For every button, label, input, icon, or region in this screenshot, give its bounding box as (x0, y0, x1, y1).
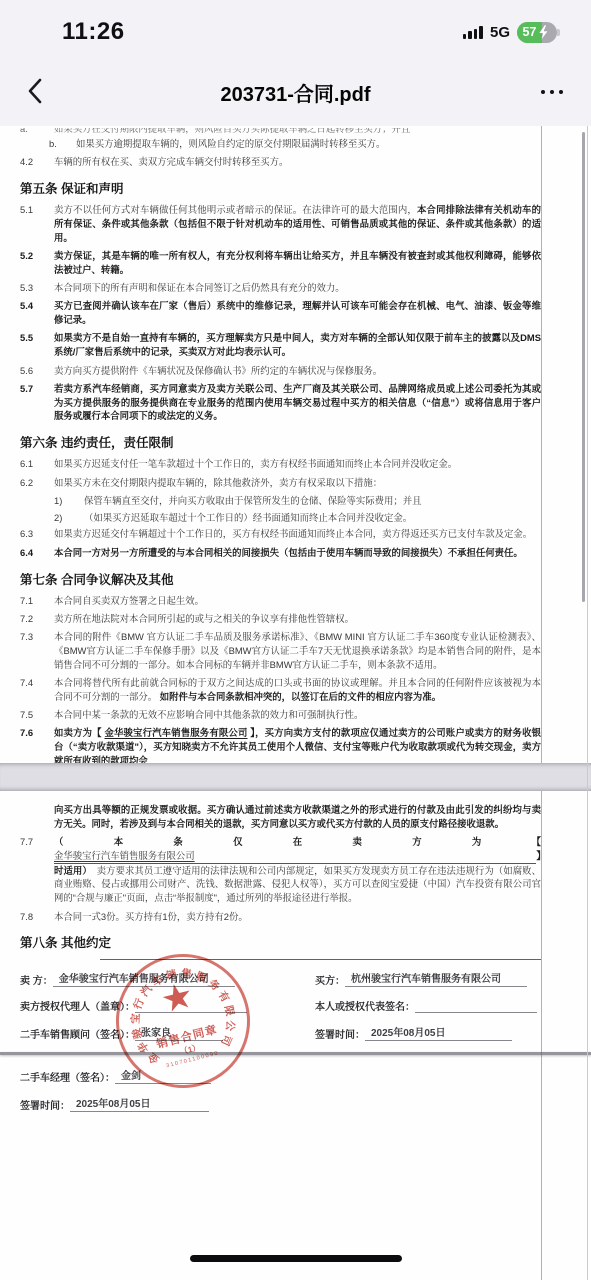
pdf-viewer: a.如果买方在交付期限内提取车辆，则风险自买方实际提取车辆之日起转移至买方；并且… (0, 126, 591, 1280)
seal-arc-character: 售 (180, 966, 193, 981)
contract-clause: 5.4买方已查阅并确认该车在厂家（售后）系统中的维修记录，理解并认可该车可能会存… (20, 299, 541, 327)
contract-clause: b.如果买方逾期提取车辆的，则风险自约定的原交付期限届满时转移至买方。 (49, 137, 541, 151)
contract-clause: 5.6卖方向买方提供附件《车辆状况及保修确认书》所约定的车辆状况与保修服务。 (20, 364, 541, 378)
clause-text: 本合同自买卖双方签署之日起生效。 (54, 594, 541, 608)
clause-text: 如果买方未在交付期限内提取车辆的，除其他救济外，卖方有权采取以下措施： (54, 476, 541, 490)
contract-clause: 7.1本合同自买卖双方签署之日起生效。 (20, 594, 541, 608)
clause-text: 本合同一方对另一方所遭受的与本合同相关的间接损失（包括由于使用车辆而导致的间接损… (54, 546, 541, 560)
clause-text: 本合同一式3份。买方持有1份，卖方持有2份。 (54, 910, 541, 924)
clause-number: 5.4 (20, 299, 54, 327)
signal-strength-icon (463, 26, 483, 39)
buyer-company-value: 杭州骏宝行汽车销售服务有限公司 (345, 970, 527, 987)
clause-text: 卖方向买方提供附件《车辆状况及保修确认书》所约定的车辆状况与保修服务。 (54, 364, 541, 378)
clause-number: 1) (54, 494, 84, 508)
clause-text: 如卖方为【 金华骏宝行汽车销售服务有限公司 】，买方向卖方支付的款项应仅通过卖方… (54, 726, 541, 763)
clause-number: 7.7 (20, 835, 54, 905)
clause-text: 卖方保证，其是车辆的唯一所有权人，有充分权利将车辆出让给买方，并且车辆没有被查封… (54, 249, 541, 277)
contract-clause: 7.5本合同中某一条款的无效不应影响合同中其他条款的效力和可强制执行性。 (20, 708, 541, 722)
battery-icon: 57 (517, 22, 561, 43)
signature-row: 卖 方： 金华骏宝行汽车销售服务有限公司 买方： 杭州骏宝行汽车销售服务有限公司 (20, 970, 541, 987)
clause-number: b. (49, 137, 76, 151)
clause-number: 6.1 (20, 457, 54, 471)
contract-clause: 2)（如果买方迟延取车超过十个工作日的）经书面通知而终止本合同并没收定金。 (54, 511, 541, 525)
clause-number: 7.5 (20, 708, 54, 722)
charging-bolt-icon (538, 25, 549, 40)
clause-text: （如果买方迟延取车超过十个工作日的）经书面通知而终止本合同并没收定金。 (84, 511, 541, 525)
seal-arc-character: 公 (223, 1019, 238, 1032)
clipped-clause: a.如果买方在交付期限内提取车辆，则风险自买方实际提取车辆之日起转移至买方；并且 (20, 128, 541, 137)
signature-row: 卖方授权代理人（盖章）： 本人或授权代表签名： (20, 998, 541, 1013)
signature-blank-line (415, 1000, 537, 1013)
contract-clause: 7.7（本条仅在卖方为【金华骏宝行汽车销售服务有限公司】时适用） 卖方要求其员工… (20, 835, 541, 905)
clause-number: 7.8 (20, 910, 54, 924)
clause-text: 如果买方迟延支付任一笔车款超过十个工作日的，卖方有权经书面通知而终止本合同并没收… (54, 457, 541, 471)
contract-clause: 7.8本合同一式3份。买方持有1份，卖方持有2份。 (20, 910, 541, 924)
back-button[interactable] (24, 74, 46, 111)
clause-text: 本合同中某一条款的无效不应影响合同中其他条款的效力和可强制执行性。 (54, 708, 541, 722)
clause-number: 7.2 (20, 612, 54, 626)
contract-clause: 7.3本合同的附件《BMW 官方认证二手车品质及服务承诺标准》、《BMW MIN… (20, 630, 541, 671)
clause-number: 5.1 (20, 203, 54, 244)
clause-text: 如果买方逾期提取车辆的，则风险自约定的原交付期限届满时转移至买方。 (76, 137, 541, 151)
manager-label: 二手车经理（签名）： (20, 1069, 115, 1084)
clause-text: 本合同项下的所有声明和保证在本合同签订之后仍然具有充分的效力。 (54, 281, 541, 295)
clause-number: 7.6 (20, 726, 54, 763)
seal-arc-character: 销 (164, 966, 179, 982)
page-edge-shadow (587, 126, 588, 1280)
clause-text: 买方已查阅并确认该车在厂家（售后）系统中的维修记录，理解并认可该车可能会存在机械… (54, 299, 541, 327)
clause-number: 6.2 (20, 476, 54, 490)
pdf-page-1: a.如果买方在交付期限内提取车辆，则风险自买方实际提取车辆之日起转移至买方；并且… (0, 126, 591, 763)
seal-arc-character: 宝 (128, 1012, 143, 1025)
ellipsis-icon (541, 90, 564, 95)
scrollbar[interactable] (582, 132, 585, 602)
clause-text: 如果买方在交付期限内提取车辆，则风险自买方实际提取车辆之日起转移至买方；并且 (54, 128, 541, 136)
section-heading: 第八条 其他约定 (20, 933, 541, 951)
clause-text: 本合同的附件《BMW 官方认证二手车品质及服务承诺标准》、《BMW MINI 官… (54, 630, 541, 671)
clause-number: 5.6 (20, 364, 54, 378)
contract-clause: 6.2如果买方未在交付期限内提取车辆的，除其他救济外，卖方有权采取以下措施： (20, 476, 541, 490)
contract-clause: 6.3如果卖方迟延交付车辆超过十个工作日的，买方有权经书面通知而终止本合同，卖方… (20, 527, 541, 541)
clause-text: 车辆的所有权在买、卖双方完成车辆交付时转移至买方。 (54, 155, 541, 169)
status-bar: 11:26 5G 57 (0, 0, 591, 58)
contract-clause: 6.1如果买方迟延支付任一笔车款超过十个工作日的，卖方有权经书面通知而终止本合同… (20, 457, 541, 471)
contract-clause: 5.3本合同项下的所有声明和保证在本合同签订之后仍然具有充分的效力。 (20, 281, 541, 295)
contract-clause: 5.7若卖方系汽车经销商，买方同意卖方及卖方关联公司、生产厂商及其关联公司、品牌… (20, 382, 541, 423)
contract-clause: 4.2车辆的所有权在买、卖双方完成车辆交付时转移至买方。 (20, 155, 541, 169)
clause-number: 4.2 (20, 155, 54, 169)
clause-text: 向买方出具等额的正规发票或收据。买方确认通过前述卖方收款渠道之外的形式进行的付款… (54, 803, 541, 831)
clause-number: a. (20, 128, 54, 136)
status-time: 11:26 (62, 18, 125, 46)
phone-screen: 11:26 5G 57 203731-合同.pdf (0, 0, 591, 1280)
pdf-page-2: 向买方出具等额的正规发票或收据。买方确认通过前述卖方收款渠道之外的形式进行的付款… (0, 791, 591, 1280)
clause-text: 如果卖方不是自始一直持有车辆的，买方理解卖方只是中间人，卖方对车辆的全部认知仅限… (54, 331, 541, 359)
clause-number: 5.7 (20, 382, 54, 423)
contract-clause: 1)保管车辆直至交付，并向买方收取由于保管所发生的仓储、保险等实际费用；并且 (54, 494, 541, 508)
clause-text: 卖方不以任何方式对车辆做任何其他明示或者暗示的保证。在法律许可的最大范围内，本合… (54, 203, 541, 244)
network-type-label: 5G (490, 24, 510, 41)
contract-clause: 向买方出具等额的正规发票或收据。买方确认通过前述卖方收款渠道之外的形式进行的付款… (20, 803, 541, 831)
clause-number: 5.3 (20, 281, 54, 295)
clause-text: 如果卖方迟延交付车辆超过十个工作日的，买方有权经书面通知而终止本合同，卖方得返还… (54, 527, 541, 541)
document-title: 203731-合同.pdf (0, 78, 591, 107)
contract-clause: 5.1卖方不以任何方式对车辆做任何其他明示或者暗示的保证。在法律许可的最大范围内… (20, 203, 541, 244)
contract-clause: 5.2卖方保证，其是车辆的唯一所有权人，有充分权利将车辆出让给买方，并且车辆没有… (20, 249, 541, 277)
status-right-cluster: 5G 57 (463, 22, 561, 43)
section-heading: 第六条 违约责任，责任限制 (20, 433, 541, 451)
chevron-left-icon (28, 78, 42, 104)
buyer-sign-label: 本人或授权代表签名： (315, 998, 415, 1013)
contract-clause-list: a.如果买方在交付期限内提取车辆，则风险自买方实际提取车辆之日起转移至买方；并且… (20, 128, 541, 763)
signature-row: 二手车经理（签名）： 金剑 (20, 1067, 541, 1084)
clause-number: 7.3 (20, 630, 54, 671)
contract-clause-list: 向买方出具等额的正规发票或收据。买方确认通过前述卖方收款渠道之外的形式进行的付款… (20, 803, 541, 951)
contract-clause: 7.6如卖方为【 金华骏宝行汽车销售服务有限公司 】，买方向卖方支付的款项应仅通… (20, 726, 541, 763)
buyer-sign-time-value: 2025年08月05日 (365, 1024, 512, 1041)
contract-clause: 5.5如果卖方不是自始一直持有车辆的，买方理解卖方只是中间人，卖方对车辆的全部认… (20, 331, 541, 359)
contract-clause: 6.4本合同一方对另一方所遭受的与本合同相关的间接损失（包括由于使用车辆而导致的… (20, 546, 541, 560)
page-boundary-line (0, 1052, 591, 1055)
clause-number: 6.3 (20, 527, 54, 541)
more-options-button[interactable] (537, 86, 568, 99)
nav-bar: 203731-合同.pdf (0, 58, 591, 126)
buyer-sign-time-label: 签署时间： (315, 1026, 365, 1041)
contract-clause: 7.2卖方所在地法院对本合同所引起的或与之相关的争议享有排他性管辖权。 (20, 612, 541, 626)
clause-number: 7.4 (20, 676, 54, 704)
clause-number: 2) (54, 511, 84, 525)
clause-number: 6.4 (20, 546, 54, 560)
clause-text: 保管车辆直至交付，并向买方收取由于保管所发生的仓储、保险等实际费用；并且 (84, 494, 541, 508)
section-heading: 第七条 合同争议解决及其他 (20, 570, 541, 588)
clause-text: 卖方所在地法院对本合同所引起的或与之相关的争议享有排他性管辖权。 (54, 612, 541, 626)
clause-number: 7.1 (20, 594, 54, 608)
signature-row: 签署时间： 2025年08月05日 (20, 1095, 541, 1112)
clause-text: （本条仅在卖方为【金华骏宝行汽车销售服务有限公司】时适用） 卖方要求其员工遵守适… (54, 835, 541, 905)
seller-sign-time-label: 签署时间： (20, 1097, 70, 1112)
clause-text: 本合同将替代所有此前就合同标的于双方之间达成的口头或书面的协议或理解。并且本合同… (54, 676, 541, 704)
home-indicator[interactable] (190, 1255, 402, 1263)
section-heading: 第五条 保证和声明 (20, 179, 541, 197)
clause-text: 若卖方系汽车经销商，买方同意卖方及卖方关联公司、生产厂商及其关联公司、品牌网络成… (54, 382, 541, 423)
contract-clause: 7.4本合同将替代所有此前就合同标的于双方之间达成的口头或书面的协议或理解。并且… (20, 676, 541, 704)
clause-number: 5.2 (20, 249, 54, 277)
page-gap (0, 763, 591, 791)
seller-label: 卖 方： (20, 972, 53, 987)
signature-row: 二手车销售顾问（签名）： 张家良 签署时间： 2025年08月05日 (20, 1024, 541, 1041)
seller-sign-time-value: 2025年08月05日 (70, 1095, 209, 1112)
contract-clause: a.如果买方在交付期限内提取车辆，则风险自买方实际提取车辆之日起转移至买方；并且 (20, 128, 541, 136)
clause-number: 5.5 (20, 331, 54, 359)
buyer-label: 买方： (315, 972, 345, 987)
